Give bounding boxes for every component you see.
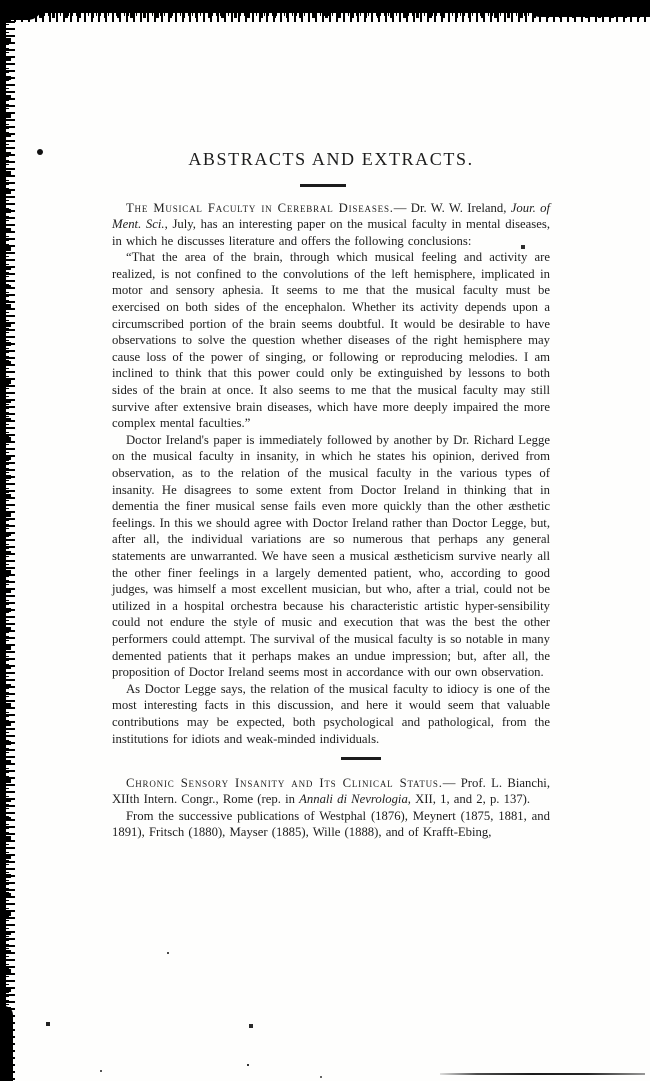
journal-name-italic: Annali di Nevrologia: [299, 792, 408, 806]
article-1-quote-paragraph: “That the area of the brain, through whi…: [112, 249, 550, 432]
article-1-byline: — Dr. W. W. Ireland,: [394, 201, 511, 215]
page-content: ABSTRACTS AND EXTRACTS. The Musical Facu…: [112, 148, 550, 841]
scan-corner-bottom-left: [0, 1006, 13, 1081]
article-1-conclusion-paragraph: As Doctor Legge says, the relation of th…: [112, 681, 550, 747]
scan-border-left-fringe: [6, 0, 15, 1081]
discussion-text: Doctor Ireland's paper is immediately fo…: [112, 433, 550, 679]
heading-divider-rule: [300, 184, 346, 187]
article-1-intro-text: , July, has an interesting paper on the …: [112, 217, 550, 248]
conclusion-text: As Doctor Legge says, the relation of th…: [112, 682, 550, 746]
article-divider-rule: [341, 757, 381, 760]
article-1-discussion-paragraph: Doctor Ireland's paper is immediately fo…: [112, 432, 550, 681]
article-2-body-paragraph: From the successive publications of West…: [112, 808, 550, 841]
article-2-body-text: From the successive publications of West…: [112, 809, 550, 840]
article-2-citation: , XII, 1, and 2, p. 137).: [408, 792, 530, 806]
scan-line-bottom: [440, 1073, 645, 1075]
quote-text: “That the area of the brain, through whi…: [112, 250, 550, 430]
scan-specks: [0, 0, 2, 2]
page-title: ABSTRACTS AND EXTRACTS.: [112, 148, 550, 170]
article-1-title: The Musical Faculty in Cerebral Diseases…: [126, 201, 394, 215]
article-2-intro-paragraph: Chronic Sensory Insanity and Its Clinica…: [112, 775, 550, 808]
ink-blot: [37, 149, 43, 155]
scanned-journal-page: ABSTRACTS AND EXTRACTS. The Musical Facu…: [0, 0, 650, 1081]
scan-corner-top-right: [530, 0, 650, 17]
article-1-intro-paragraph: The Musical Faculty in Cerebral Diseases…: [112, 200, 550, 250]
article-2-title: Chronic Sensory Insanity and Its Clinica…: [126, 776, 443, 790]
